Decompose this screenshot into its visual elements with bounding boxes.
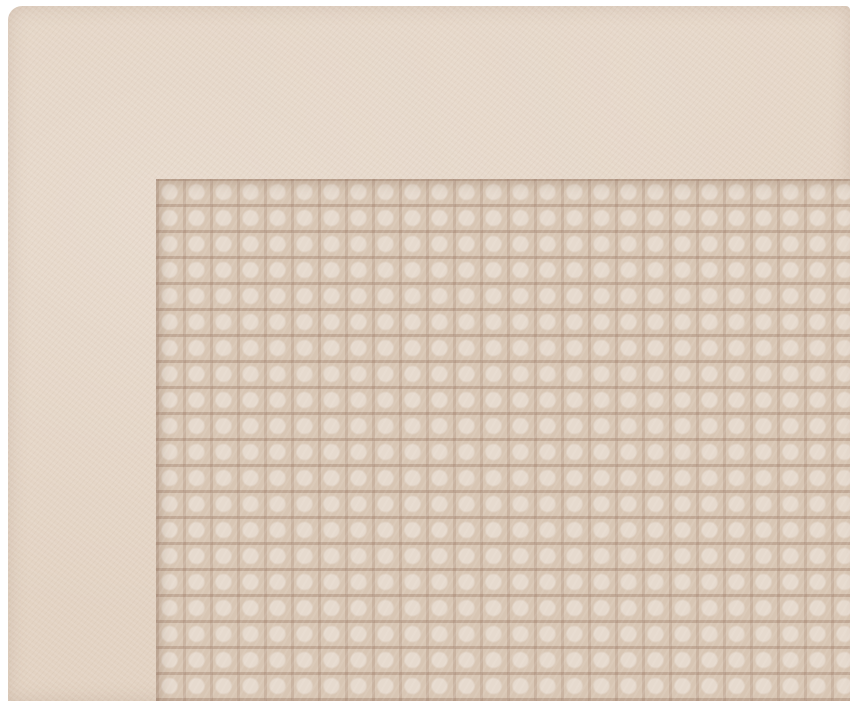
bath-mat xyxy=(8,6,850,701)
textured-center-panel xyxy=(156,179,850,701)
